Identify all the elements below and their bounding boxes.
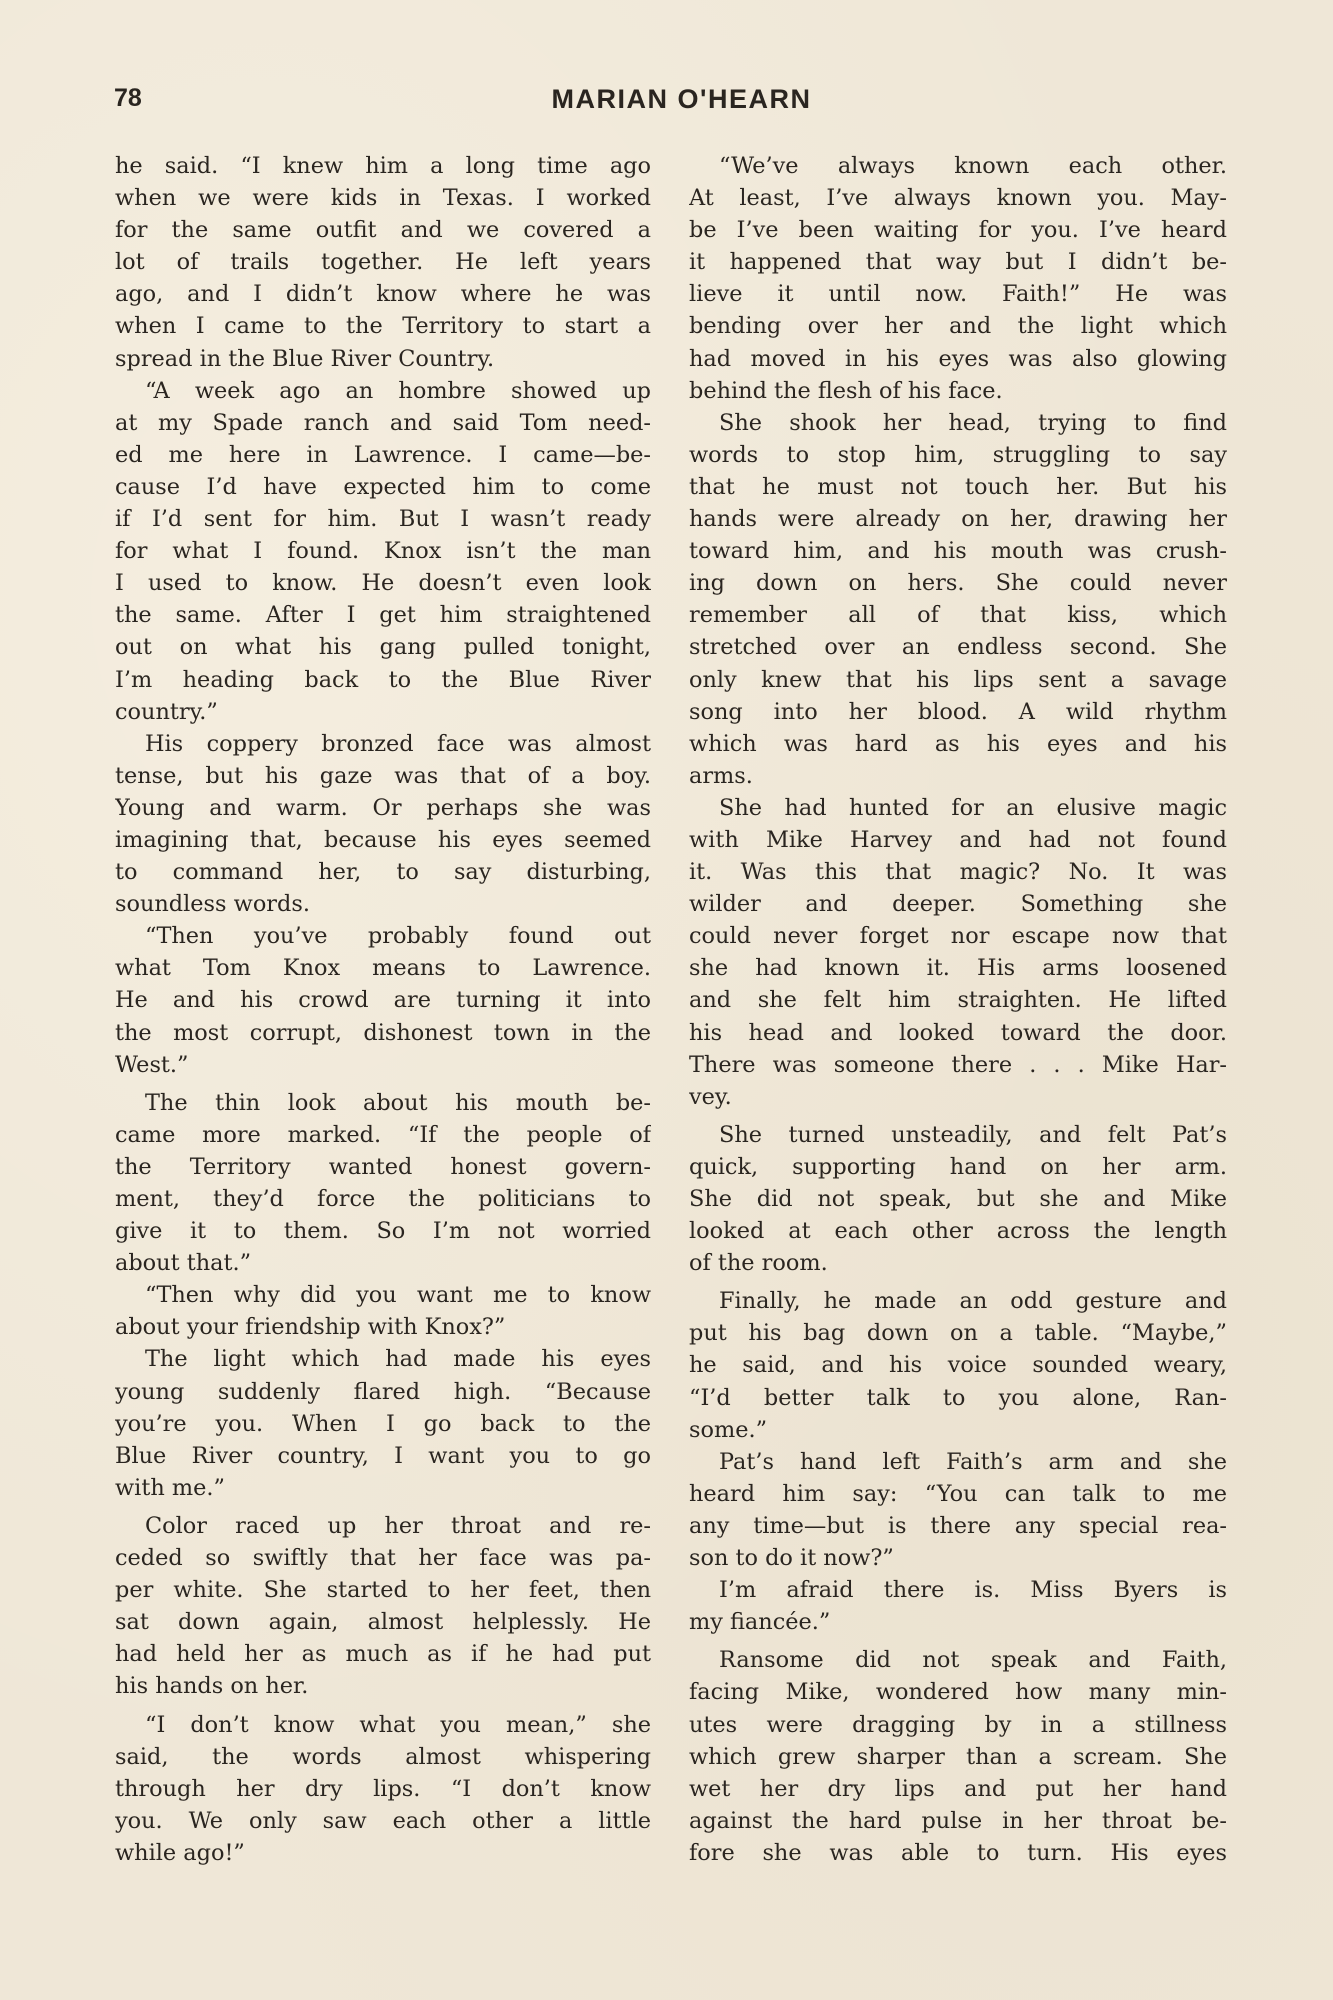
text-line: hands were already on her, drawing her <box>689 503 1227 535</box>
text-line: His coppery bronzed face was almost <box>115 728 651 760</box>
text-line: behind the flesh of his face. <box>689 375 1227 407</box>
text-line: I’m heading back to the Blue River <box>115 664 651 696</box>
text-line: “We’ve always known each other. <box>689 150 1227 182</box>
text-line: of the room. <box>689 1247 1227 1279</box>
text-line: “Then you’ve probably found out <box>115 920 651 952</box>
paragraph: “A week ago an hombre showed upat my Spa… <box>115 375 651 728</box>
text-line: it. Was this that magic? No. It was <box>689 856 1227 888</box>
text-line: some.” <box>689 1414 1227 1446</box>
text-line: words to stop him, struggling to say <box>689 439 1227 471</box>
text-line: with me.” <box>115 1472 651 1504</box>
text-line: he said, and his voice sounded weary, <box>689 1349 1227 1381</box>
paragraph: “I don’t know what you mean,” shesaid, t… <box>115 1709 651 1869</box>
text-line: she had known it. His arms loosened <box>689 952 1227 984</box>
paragraph: She had hunted for an elusive magicwith … <box>689 792 1227 1113</box>
text-line: which grew sharper than a scream. She <box>689 1741 1227 1773</box>
running-head: 78 MARIAN O'HEARN <box>114 84 1229 124</box>
text-line: my fiancée.” <box>689 1606 1227 1638</box>
text-line: against the hard pulse in her throat be- <box>689 1805 1227 1837</box>
text-line: country.” <box>115 696 651 728</box>
text-line: She had hunted for an elusive magic <box>689 792 1227 824</box>
text-line: any time—but is there any special rea- <box>689 1510 1227 1542</box>
text-line: West.” <box>115 1049 651 1081</box>
text-line: son to do it now?” <box>689 1542 1227 1574</box>
paragraph: Ransome did not speak and Faith,facing M… <box>689 1644 1227 1869</box>
text-line: Finally, he made an odd gesture and <box>689 1285 1227 1317</box>
text-line: through her dry lips. “I don’t know <box>115 1773 651 1805</box>
text-line: I’m afraid there is. Miss Byers is <box>689 1574 1227 1606</box>
text-line: Color raced up her throat and re- <box>115 1510 651 1542</box>
text-line: which was hard as his eyes and his <box>689 728 1227 760</box>
text-line: There was someone there . . . Mike Har- <box>689 1049 1227 1081</box>
text-line: Young and warm. Or perhaps she was <box>115 792 651 824</box>
text-line: it happened that way but I didn’t be- <box>689 246 1227 278</box>
text-line: ceded so swiftly that her face was pa- <box>115 1542 651 1574</box>
text-line: At least, I’ve always known you. May- <box>689 182 1227 214</box>
text-line: tense, but his gaze was that of a boy. <box>115 760 651 792</box>
text-line: his head and looked toward the door. <box>689 1017 1227 1049</box>
text-line: ing down on hers. She could never <box>689 567 1227 599</box>
paragraph: The light which had made his eyesyoung s… <box>115 1343 651 1503</box>
text-line: when we were kids in Texas. I worked <box>115 182 651 214</box>
text-line: heard him say: “You can talk to me <box>689 1478 1227 1510</box>
text-line: She turned unsteadily, and felt Pat’s <box>689 1119 1227 1151</box>
text-line: cause I’d have expected him to come <box>115 471 651 503</box>
text-line: the same. After I get him straightened <box>115 599 651 631</box>
text-line: She shook her head, trying to find <box>689 407 1227 439</box>
text-line: give it to them. So I’m not worried <box>115 1215 651 1247</box>
text-line: He and his crowd are turning it into <box>115 984 651 1016</box>
text-line: Ransome did not speak and Faith, <box>689 1644 1227 1676</box>
paragraph: Color raced up her throat and re-ceded s… <box>115 1510 651 1703</box>
text-line: at my Spade ranch and said Tom need- <box>115 407 651 439</box>
text-line: arms. <box>689 760 1227 792</box>
text-line: wilder and deeper. Something she <box>689 888 1227 920</box>
text-line: lot of trails together. He left years <box>115 246 651 278</box>
text-line: Pat’s hand left Faith’s arm and she <box>689 1446 1227 1478</box>
text-line: when I came to the Territory to start a <box>115 310 651 342</box>
text-line: facing Mike, wondered how many min- <box>689 1676 1227 1708</box>
text-line: could never forget nor escape now that <box>689 920 1227 952</box>
paragraph: The thin look about his mouth be-came mo… <box>115 1087 651 1280</box>
text-line: per white. She started to her feet, then <box>115 1574 651 1606</box>
text-line: for what I found. Knox isn’t the man <box>115 535 651 567</box>
text-line: put his bag down on a table. “Maybe,” <box>689 1317 1227 1349</box>
text-line: lieve it until now. Faith!” He was <box>689 278 1227 310</box>
text-line: wet her dry lips and put her hand <box>689 1773 1227 1805</box>
text-line: only knew that his lips sent a savage <box>689 664 1227 696</box>
text-line: his hands on her. <box>115 1670 651 1702</box>
text-line: you’re you. When I go back to the <box>115 1408 651 1440</box>
text-line: She did not speak, but she and Mike <box>689 1183 1227 1215</box>
paragraph: Finally, he made an odd gesture andput h… <box>689 1285 1227 1445</box>
text-line: he said. “I knew him a long time ago <box>115 150 651 182</box>
paragraph: he said. “I knew him a long time agowhen… <box>115 150 651 375</box>
text-line: about your friendship with Knox?” <box>115 1311 651 1343</box>
text-line: ed me here in Lawrence. I came—be- <box>115 439 651 471</box>
text-line: ment, they’d force the politicians to <box>115 1183 651 1215</box>
text-line: be I’ve been waiting for you. I’ve heard <box>689 214 1227 246</box>
text-line: stretched over an endless second. She <box>689 631 1227 663</box>
text-line: had held her as much as if he had put <box>115 1638 651 1670</box>
text-line: and she felt him straighten. He lifted <box>689 984 1227 1016</box>
text-line: while ago!” <box>115 1837 651 1869</box>
text-line: quick, supporting hand on her arm. <box>689 1151 1227 1183</box>
paragraph: “Then you’ve probably found outwhat Tom … <box>115 920 651 1080</box>
text-line: about that.” <box>115 1247 651 1279</box>
paragraph: She turned unsteadily, and felt Pat’squi… <box>689 1119 1227 1279</box>
paragraph: Pat’s hand left Faith’s arm and sheheard… <box>689 1446 1227 1574</box>
text-line: what Tom Knox means to Lawrence. <box>115 952 651 984</box>
text-line: I used to know. He doesn’t even look <box>115 567 651 599</box>
text-column-left: he said. “I knew him a long time agowhen… <box>115 150 651 1869</box>
text-line: song into her blood. A wild rhythm <box>689 696 1227 728</box>
text-line: young suddenly flared high. “Because <box>115 1376 651 1408</box>
book-page: 78 MARIAN O'HEARN he said. “I knew him a… <box>0 0 1333 2000</box>
text-line: said, the words almost whispering <box>115 1741 651 1773</box>
text-line: utes were dragging by in a stillness <box>689 1709 1227 1741</box>
text-line: The light which had made his eyes <box>115 1343 651 1375</box>
text-line: toward him, and his mouth was crush- <box>689 535 1227 567</box>
text-line: “A week ago an hombre showed up <box>115 375 651 407</box>
text-line: The thin look about his mouth be- <box>115 1087 651 1119</box>
paragraph: “Then why did you want me to knowabout y… <box>115 1279 651 1343</box>
text-line: remember all of that kiss, which <box>689 599 1227 631</box>
text-line: imagining that, because his eyes seemed <box>115 824 651 856</box>
text-line: “I don’t know what you mean,” she <box>115 1709 651 1741</box>
running-title: MARIAN O'HEARN <box>114 84 1229 115</box>
paragraph: She shook her head, trying to findwords … <box>689 407 1227 792</box>
text-line: sat down again, almost helplessly. He <box>115 1606 651 1638</box>
text-line: the most corrupt, dishonest town in the <box>115 1017 651 1049</box>
text-line: came more marked. “If the people of <box>115 1119 651 1151</box>
text-line: bending over her and the light which <box>689 310 1227 342</box>
text-line: spread in the Blue River Country. <box>115 343 651 375</box>
text-line: to command her, to say disturbing, <box>115 856 651 888</box>
text-line: with Mike Harvey and had not found <box>689 824 1227 856</box>
text-line: Blue River country, I want you to go <box>115 1440 651 1472</box>
text-line: had moved in his eyes was also glowing <box>689 343 1227 375</box>
text-line: “Then why did you want me to know <box>115 1279 651 1311</box>
text-line: that he must not touch her. But his <box>689 471 1227 503</box>
text-line: the Territory wanted honest govern- <box>115 1151 651 1183</box>
paragraph: “We’ve always known each other.At least,… <box>689 150 1227 407</box>
text-line: out on what his gang pulled tonight, <box>115 631 651 663</box>
paragraph: His coppery bronzed face was almosttense… <box>115 728 651 921</box>
text-column-right: “We’ve always known each other.At least,… <box>689 150 1227 1869</box>
text-line: if I’d sent for him. But I wasn’t ready <box>115 503 651 535</box>
text-line: you. We only saw each other a little <box>115 1805 651 1837</box>
paragraph: I’m afraid there is. Miss Byers ismy fia… <box>689 1574 1227 1638</box>
text-line: fore she was able to turn. His eyes <box>689 1837 1227 1869</box>
text-line: for the same outfit and we covered a <box>115 214 651 246</box>
text-line: looked at each other across the length <box>689 1215 1227 1247</box>
text-line: soundless words. <box>115 888 651 920</box>
text-line: “I’d better talk to you alone, Ran- <box>689 1382 1227 1414</box>
text-line: vey. <box>689 1081 1227 1113</box>
text-line: ago, and I didn’t know where he was <box>115 278 651 310</box>
